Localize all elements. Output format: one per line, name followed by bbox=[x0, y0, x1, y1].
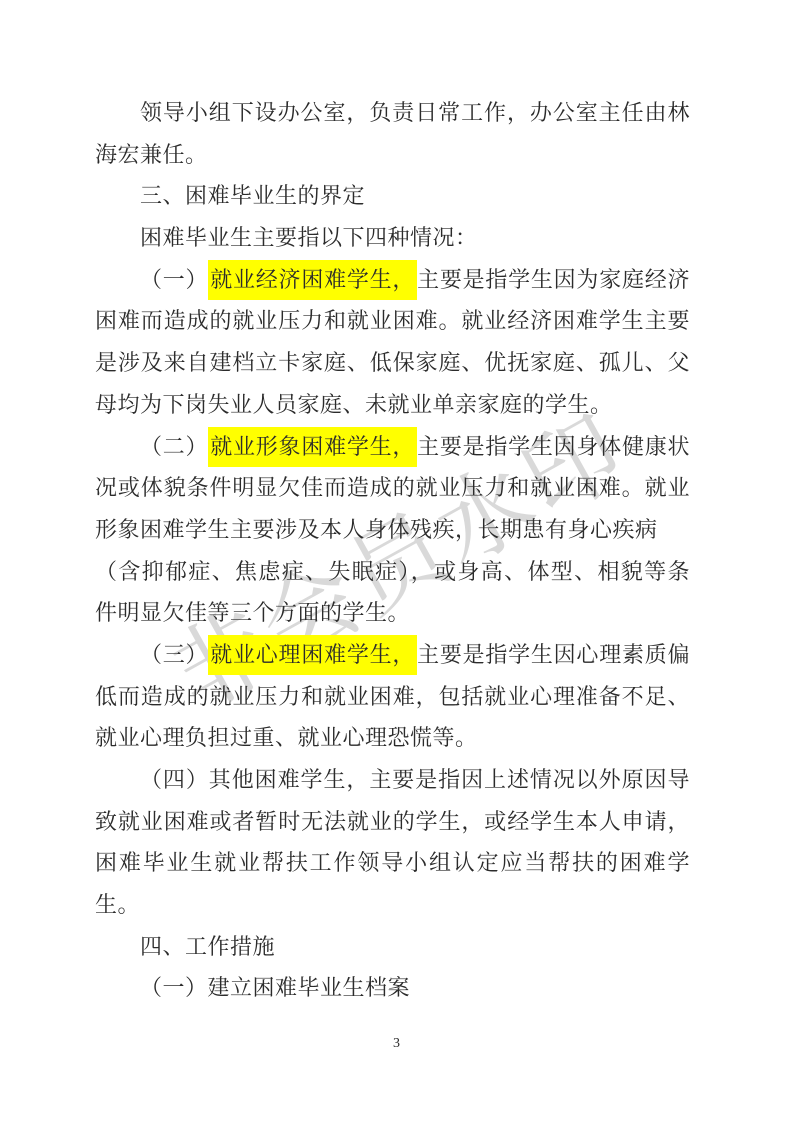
text-line: （二）就业形象困难学生，主要是指学生因身体健康状 bbox=[95, 426, 690, 468]
text-segment: 主要是指学生因为家庭经济 bbox=[417, 267, 690, 292]
text-segment: 是涉及来自建档立卡家庭、低保家庭、优抚家庭、孤儿、父 bbox=[95, 350, 690, 375]
text-line: （一）建立困难毕业生档案 bbox=[95, 967, 690, 1009]
text-line: 海宏兼任。 bbox=[95, 134, 690, 176]
highlighted-text: 就业经济困难学生， bbox=[208, 260, 417, 300]
text-segment: （四）其他困难学生，主要是指因上述情况以外原因导 bbox=[140, 767, 690, 792]
text-segment: 海宏兼任。 bbox=[95, 142, 208, 167]
text-line: 生。 bbox=[95, 884, 690, 926]
text-line: 困难毕业生主要指以下四种情况： bbox=[95, 217, 690, 259]
text-segment: 低而造成的就业压力和就业困难，包括就业心理准备不足、 bbox=[95, 684, 690, 709]
text-segment: 件明显欠佳等三个方面的学生。 bbox=[95, 600, 410, 625]
text-line: 低而造成的就业压力和就业困难，包括就业心理准备不足、 bbox=[95, 676, 690, 718]
text-segment: 三、困难毕业生的界定 bbox=[140, 183, 365, 208]
text-segment: 困难毕业生就业帮扶工作领导小组认定应当帮扶的困难学 bbox=[95, 850, 690, 875]
text-line: 件明显欠佳等三个方面的学生。 bbox=[95, 592, 690, 634]
text-segment: 领导小组下设办公室，负责日常工作，办公室主任由林 bbox=[140, 100, 690, 125]
text-line: （三）就业心理困难学生，主要是指学生因心理素质偏 bbox=[95, 634, 690, 676]
text-line: （四）其他困难学生，主要是指因上述情况以外原因导 bbox=[95, 759, 690, 801]
text-line: 况或体貌条件明显欠佳而造成的就业压力和就业困难。就业 bbox=[95, 467, 690, 509]
text-line: 致就业困难或者暂时无法就业的学生，或经学生本人申请， bbox=[95, 801, 690, 843]
text-line: 母均为下岗失业人员家庭、未就业单亲家庭的学生。 bbox=[95, 384, 690, 426]
text-segment: （一）建立困难毕业生档案 bbox=[140, 975, 410, 1000]
text-segment: 况或体貌条件明显欠佳而造成的就业压力和就业困难。就业 bbox=[95, 475, 690, 500]
text-line: 困难而造成的就业压力和就业困难。就业经济困难学生主要 bbox=[95, 300, 690, 342]
text-line: 四、工作措施 bbox=[95, 926, 690, 968]
text-segment: 形象困难学生主要涉及本人身体残疾，长期患有身心疾病 bbox=[95, 517, 658, 542]
text-segment: 四、工作措施 bbox=[140, 934, 275, 959]
text-segment: 就业心理负担过重、就业心理恐慌等。 bbox=[95, 725, 478, 750]
text-line: 三、困难毕业生的界定 bbox=[95, 175, 690, 217]
text-segment: 主要是指学生因身体健康状 bbox=[417, 434, 690, 459]
text-segment: （三） bbox=[140, 642, 208, 667]
text-segment: 母均为下岗失业人员家庭、未就业单亲家庭的学生。 bbox=[95, 392, 613, 417]
page-number: 3 bbox=[0, 1036, 793, 1052]
text-segment: （含抑郁症、焦虑症、失眠症），或身高、体型、相貌等条 bbox=[95, 559, 690, 584]
text-segment: 困难而造成的就业压力和就业困难。就业经济困难学生主要 bbox=[95, 308, 690, 333]
text-segment: 困难毕业生主要指以下四种情况： bbox=[140, 225, 478, 250]
text-line: （一）就业经济困难学生，主要是指学生因为家庭经济 bbox=[95, 259, 690, 301]
highlighted-text: 就业心理困难学生， bbox=[208, 635, 417, 675]
highlighted-text: 就业形象困难学生， bbox=[208, 427, 417, 467]
text-segment: 致就业困难或者暂时无法就业的学生，或经学生本人申请， bbox=[95, 809, 690, 834]
text-line: 就业心理负担过重、就业心理恐慌等。 bbox=[95, 717, 690, 759]
document-body: 领导小组下设办公室，负责日常工作，办公室主任由林海宏兼任。三、困难毕业生的界定困… bbox=[95, 92, 690, 1009]
document-page: 非会员水印 领导小组下设办公室，负责日常工作，办公室主任由林海宏兼任。三、困难毕… bbox=[0, 0, 793, 1122]
text-segment: 生。 bbox=[95, 892, 140, 917]
text-segment: 主要是指学生因心理素质偏 bbox=[417, 642, 690, 667]
text-line: 形象困难学生主要涉及本人身体残疾，长期患有身心疾病 bbox=[95, 509, 690, 551]
text-segment: （二） bbox=[140, 434, 208, 459]
text-line: （含抑郁症、焦虑症、失眠症），或身高、体型、相貌等条 bbox=[95, 551, 690, 593]
text-line: 是涉及来自建档立卡家庭、低保家庭、优抚家庭、孤儿、父 bbox=[95, 342, 690, 384]
text-line: 困难毕业生就业帮扶工作领导小组认定应当帮扶的困难学 bbox=[95, 842, 690, 884]
text-line: 领导小组下设办公室，负责日常工作，办公室主任由林 bbox=[95, 92, 690, 134]
text-segment: （一） bbox=[140, 267, 208, 292]
